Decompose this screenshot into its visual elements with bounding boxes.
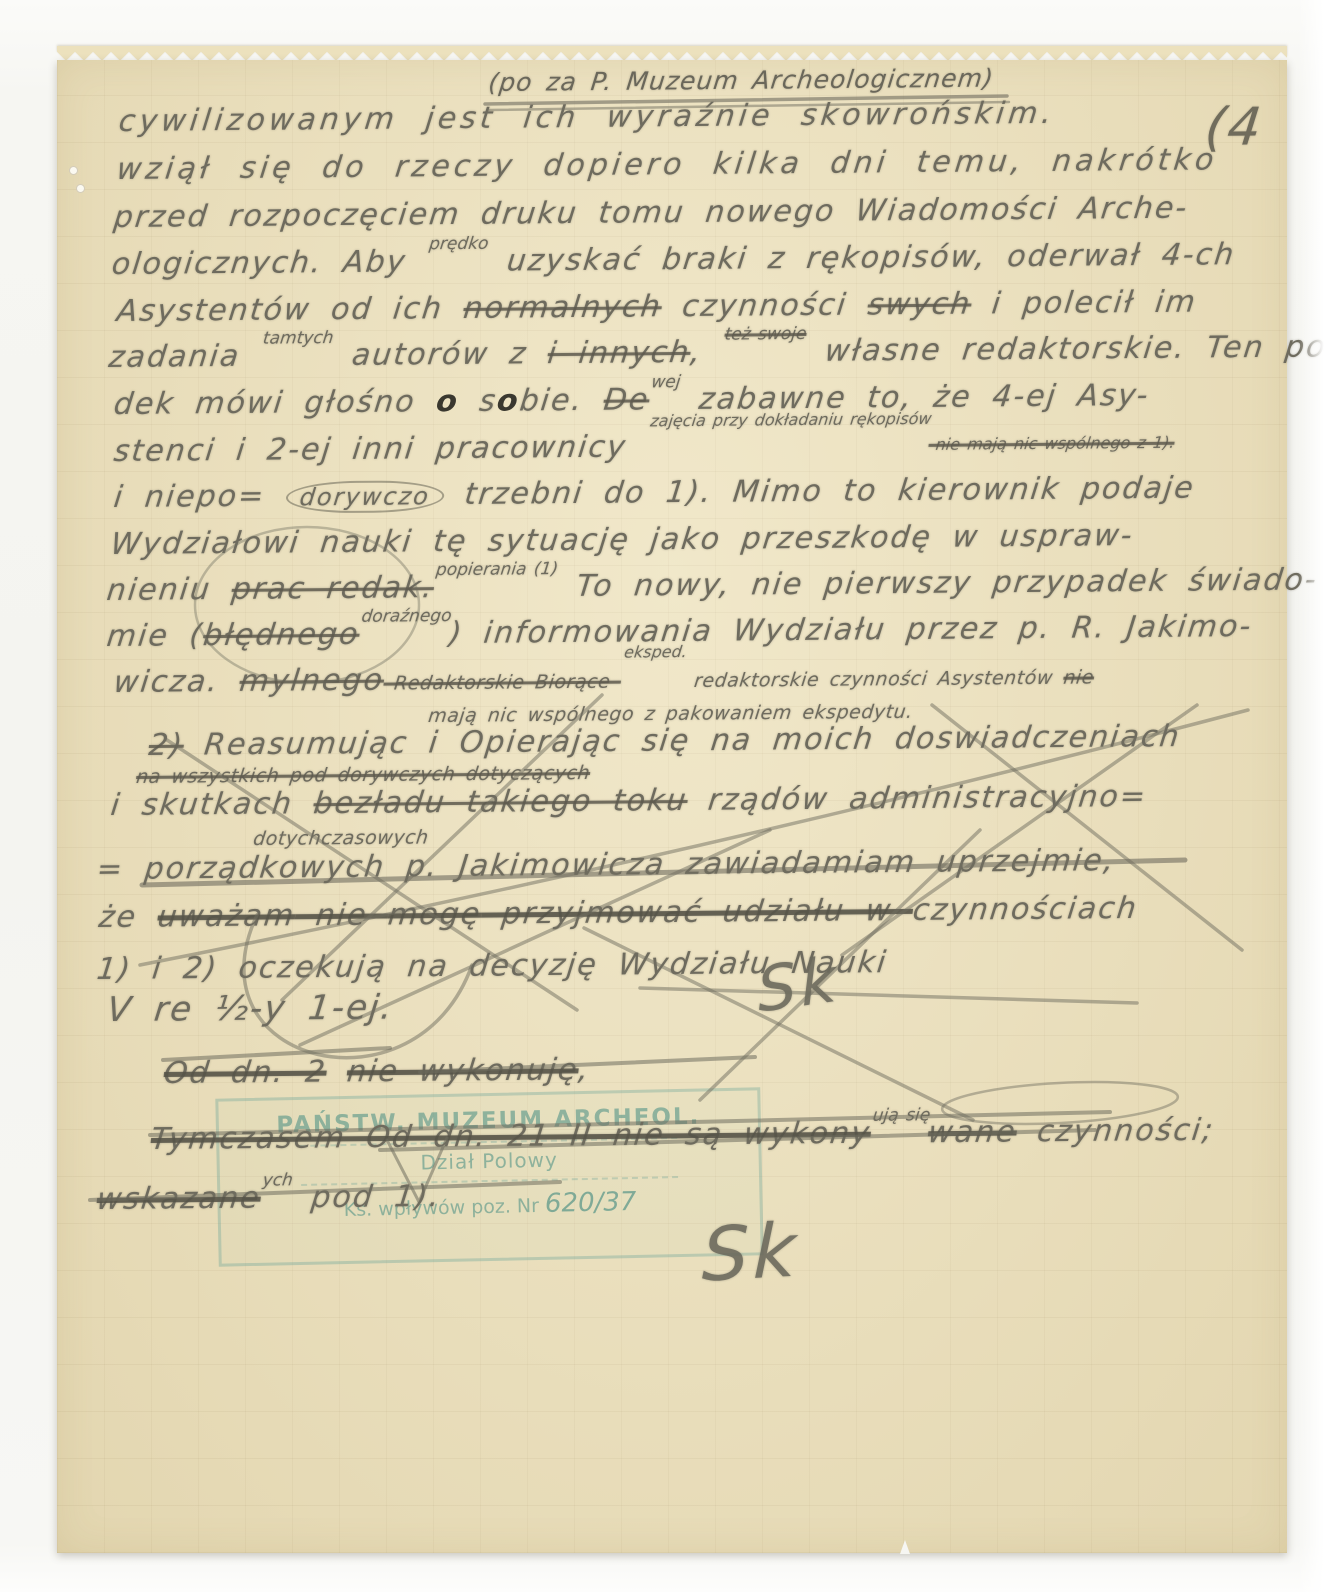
text-segment: pod 1). [289,1179,443,1215]
postscript-line: wskazaneych pod 1). [95,1179,443,1217]
inserted-word: popierania (1) [435,559,559,580]
inserted-word: wej [650,372,681,392]
text-segment: , [577,1052,593,1087]
text-segment: , [689,335,725,370]
inserted-word: tamtych [262,328,335,349]
deleted-phrase: Redaktorskie Biorące [382,671,622,695]
signature-initials: Sk [701,1207,800,1298]
manuscript-line: cywilizowanym jest ich wyraźnie skowrońs… [117,96,1057,139]
manuscript-line: ologicznych. Aby prędko uzyskać braki z … [110,237,1237,282]
deleted-phrase: Od dn. 2 [162,1055,329,1091]
postscript-line: Od dn. 2 nie wykonuję, [162,1052,592,1091]
manuscript-paper: PAŃSTW. MUZEUM ARCHEOL. Dział Polowy Ks.… [57,60,1287,1553]
deleted-word: swych [866,287,974,323]
circled-word: dorywczo [284,480,446,513]
text-segment: mie ( [105,618,205,654]
manuscript-line: wicza. mylnego Redaktorskie Biorące eksp… [112,656,1096,700]
text-segment: ) informowania Wydziału przez p. R. Jaki… [448,609,1255,651]
manuscript-line: przed rozpoczęciem druku tomu nowego Wia… [112,191,1190,235]
manuscript-line: dek mówi głośno o sobie. Dewej zabawne t… [112,378,1151,422]
text-segment: ologicznych. Aby [110,244,429,282]
text-segment: cywilizowanym jest ich wyraźnie skowrońs… [117,96,1057,139]
text-segment: że [97,899,160,935]
text-segment: redaktorskie czynności Asystentów [682,667,1064,692]
receipt-stamp: PAŃSTW. MUZEUM ARCHEOL. Dział Polowy Ks.… [215,1087,763,1266]
bottom-edge-notch [900,1540,910,1554]
deleted-word: mylnego [238,663,386,699]
deleted-word: 2) [147,728,186,763]
text-segment: Asystentów od ich [115,291,466,329]
inserted-word: ych [262,1170,294,1190]
deleted-word: nie [293,897,390,933]
inserted-phrase: ują się [872,1105,932,1125]
deleted-word: normalnych [462,289,664,326]
deleted-word: wskazane [95,1181,263,1217]
text-segment: wziął się do rzeczy dopiero kilka dni te… [115,142,1219,187]
text-segment: zadania [107,339,263,375]
torn-top-edge [57,46,1287,61]
deleted-phrase: nie wykonuję [345,1052,580,1089]
text-segment: nieniu [105,572,234,608]
deleted-word: i innych [546,335,693,371]
deleted-phrase: Tymczasem Od dn. 21 II nie są wykony [149,1116,873,1157]
manuscript-line: dotychczasowych [252,826,430,850]
stamp-register-number: 620/37 [545,1187,637,1219]
deleted-word: uważam [156,898,297,934]
text-segment: Reasumując i Opierając się na moich dosw… [182,719,1183,763]
manuscript-line: nieniu prac redak.popierania (1) To nowy… [105,562,1320,608]
deleted-word: nie [1062,666,1095,688]
text-segment: bie. [518,383,606,419]
text-segment: autorów z [330,336,550,373]
scanned-manuscript-page: PAŃSTW. MUZEUM ARCHEOL. Dział Polowy Ks.… [0,0,1324,1592]
signature-initials: Sk [755,942,843,1027]
text-segment: i polecił im [969,285,1198,322]
text-segment: To nowy, nie pierwszy przypadek świado- [554,562,1320,604]
inserted-deleted-word: też swoje [724,324,808,345]
text-segment: = porządkowych p. Jakimowicza zawiadamia… [95,843,1117,887]
text-segment: s [457,384,499,419]
text-segment: trzebni do 1). Mimo to kierownik podaje [442,471,1197,513]
text-segment: rządów administracyjno= [686,779,1149,818]
text-segment: Wydziałowi nauki tę sytuację jako przesz… [109,518,1136,562]
deleted-phrase: bezładu takiego toku [312,783,690,821]
deleted-word: prac redak. [230,570,436,607]
deleted-phrase: przyjmować udziału w [479,893,914,932]
deleted-word: wane [926,1114,1018,1150]
text-segment: uzyskać braki z rękopisów, oderwał 4-ch [485,237,1238,279]
text-segment: wicza. [112,664,242,700]
text-segment: własne redaktorskie. Ten porzą- [803,329,1324,369]
punch-hole [69,166,78,175]
text-segment: czynności [660,287,870,324]
text-segment: przed rozpoczęciem druku tomu nowego Wia… [112,191,1190,235]
text-segment: i skutkach [109,786,316,823]
manuscript-line: Asystentów od ich normalnych czynności s… [115,285,1199,329]
postscript-line: V re ½-y 1-ej. [105,988,396,1030]
text-segment: V re ½-y 1-ej. [105,988,396,1030]
deleted-word: mogę [386,897,483,933]
text-segment: dek mówi głośno [112,384,438,422]
manuscript-line: że uważam nie mogę przyjmować udziału w … [97,891,1140,935]
deleted-phrase: nie mają nic wspólnego z 1). [928,433,1176,454]
deleted-word: De [602,382,652,417]
page-header: (po za P. Muzeum Archeologicznem) [487,64,996,97]
text-segment: stenci i 2-ej inni pracownicy [112,429,649,469]
inserted-word: dotychczasowych [252,826,430,850]
punch-hole [76,184,85,193]
inserted-word: eksped. [623,642,688,662]
manuscript-line: i niepo= dorywczo trzebni do 1). Mimo to… [112,471,1197,515]
inserted-word: prędko [428,234,490,255]
manuscript-line: = porządkowych p. Jakimowicza zawiadamia… [95,843,1117,887]
manuscript-line: Wydziałowi nauki tę sytuację jako przesz… [109,518,1136,562]
text-segment: czynności; [1015,1113,1217,1150]
text-segment: i niepo= [112,479,288,515]
manuscript-line: stenci i 2-ej inni pracownicy zajęcia pr… [112,425,1177,469]
manuscript-line: 2) Reasumując i Opierając się na moich d… [147,719,1183,763]
inserted-phrase: zajęcia przy dokładaniu rękopisów [649,409,932,430]
inserted-word: doraźnego [360,606,452,627]
deleted-word: błędnego [201,617,361,653]
manuscript-line: zadania tamtych autorów z i innych, też … [107,329,1324,375]
text-segment: czynnościach [911,891,1140,928]
manuscript-line: wziął się do rzeczy dopiero kilka dni te… [115,142,1219,187]
